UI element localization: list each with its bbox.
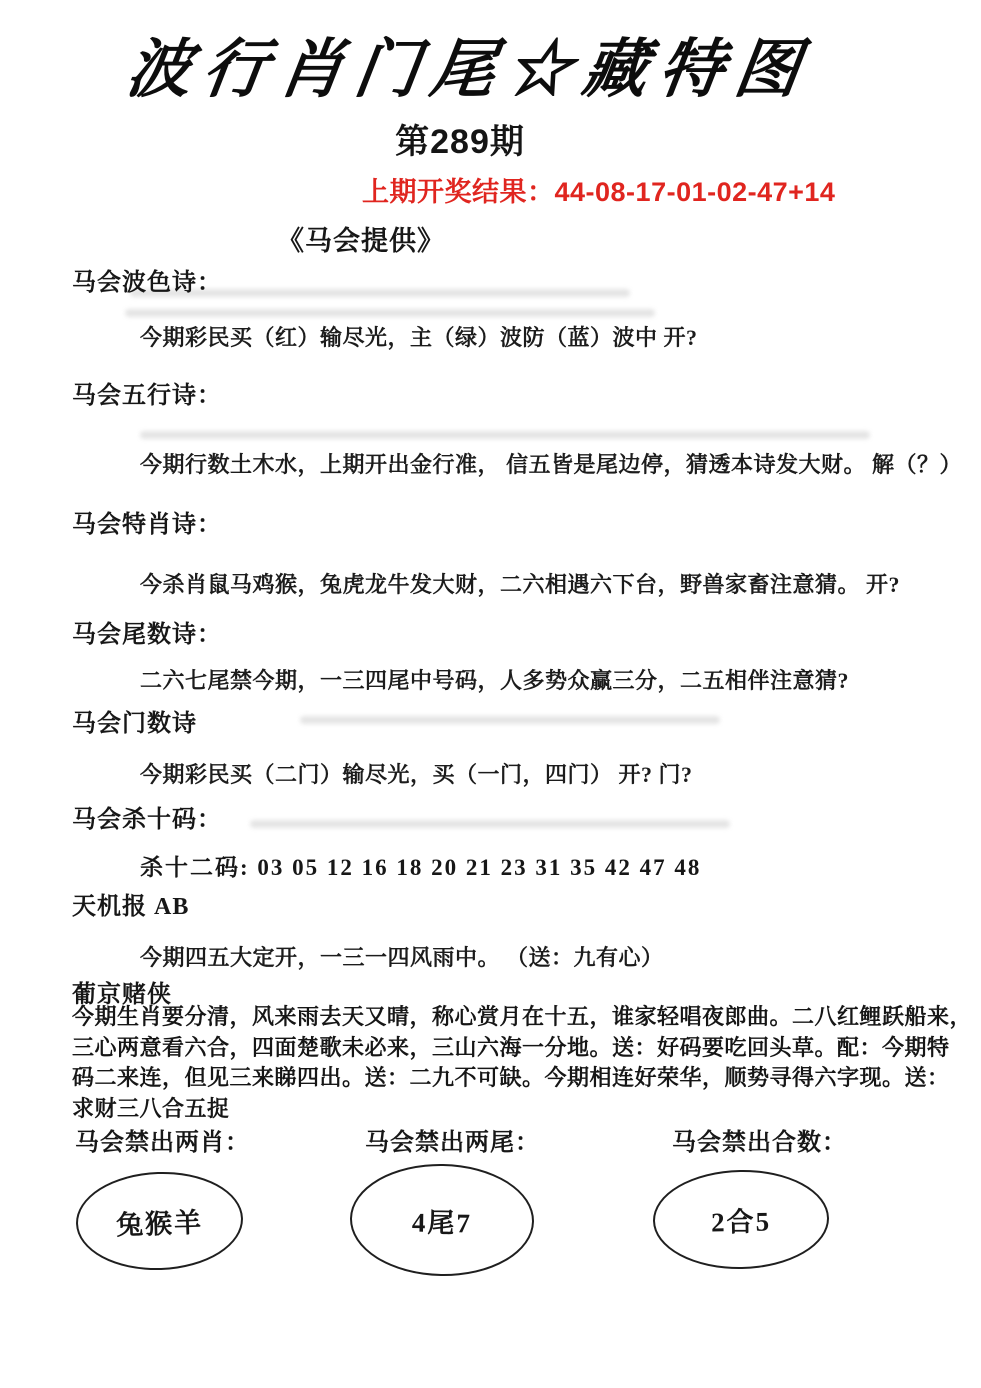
issue-number: 第289期 — [0, 114, 920, 163]
section-heading-bose: 马会波色诗： — [72, 262, 222, 297]
ban-value-zodiac: 兔猴羊 — [115, 1200, 203, 1242]
faded-text-artifact — [125, 309, 655, 317]
kill-numbers-line: 杀十二码: 03 05 12 16 18 20 21 23 31 35 42 4… — [140, 849, 701, 882]
pujing-line: 今期生肖要分清，风来雨去天又晴，称心赏月在十五，谁家轻唱夜郎曲。二八红鲤跃船来， — [72, 1002, 922, 1033]
last-draw-result-label: 上期开奖结果： — [362, 177, 555, 207]
pujing-line: 求财三八合五捉 — [72, 1094, 922, 1125]
poem-tianjibao: 今期四五大定开，一三一四风雨中。 （送：九有心） — [140, 941, 664, 972]
tip-sheet-page: 波行肖门尾☆藏特图 第289期 上期开奖结果：44-08-17-01-02-47… — [0, 0, 981, 1388]
pujing-paragraph: 今期生肖要分清，风来雨去天又晴，称心赏月在十五，谁家轻唱夜郎曲。二八红鲤跃船来，… — [72, 1002, 922, 1124]
provider-line: 《马会提供》 — [277, 219, 445, 258]
faded-text-artifact — [140, 431, 870, 439]
section-heading-tianjibao: 天机报 AB — [72, 886, 189, 921]
last-draw-result-numbers: 44-08-17-01-02-47+14 — [555, 177, 836, 207]
section-heading-menshu: 马会门数诗 — [72, 703, 197, 738]
poem-texiao: 今杀肖鼠马鸡猴，兔虎龙牛发大财，二六相遇六下台，野兽家畜注意猜。 开? — [140, 568, 900, 599]
poem-menshu: 今期彩民买（二门）输尽光，买（一门，四门） 开? 门? — [140, 758, 693, 789]
ban-value-sum: 2合5 — [711, 1199, 772, 1239]
faded-text-artifact — [300, 716, 720, 724]
ban-ellipse-tail: 4尾7 — [349, 1162, 535, 1277]
ban-label-tail: 马会禁出两尾： — [365, 1122, 540, 1157]
poem-wuxing: 今期行数土木水，上期开出金行准， 信五皆是尾边停，猜透本诗发大财。 解（？） — [140, 448, 962, 479]
poem-bose: 今期彩民买（红）输尽光，主（绿）波防（蓝）波中 开? — [140, 321, 698, 352]
pujing-line: 三心两意看六合，四面楚歌未必来，三山六海一分地。送：好码要吃回头草。配：今期特 — [72, 1033, 922, 1064]
ban-value-tail: 4尾7 — [412, 1200, 473, 1240]
ban-label-sum: 马会禁出合数： — [672, 1122, 847, 1157]
faded-text-artifact — [250, 820, 730, 828]
pujing-line: 码二来连，但见三来睇四出。送：二九不可缺。今期相连好荣华，顺势寻得六字现。送： — [72, 1063, 922, 1094]
page-title: 波行肖门尾☆藏特图 — [0, 18, 946, 110]
ban-ellipse-sum: 2合5 — [652, 1168, 830, 1270]
last-draw-result: 上期开奖结果：44-08-17-01-02-47+14 — [362, 170, 835, 209]
section-heading-texiao: 马会特肖诗： — [72, 504, 222, 539]
ban-label-zodiac: 马会禁出两肖： — [75, 1122, 250, 1157]
section-heading-shashima: 马会杀十码： — [72, 799, 222, 834]
poem-weishu: 二六七尾禁今期，一三四尾中号码，人多势众赢三分，二五相伴注意猜? — [140, 664, 849, 695]
ban-ellipse-zodiac: 兔猴羊 — [74, 1169, 244, 1273]
section-heading-wuxing: 马会五行诗： — [72, 375, 222, 410]
section-heading-weishu: 马会尾数诗： — [72, 614, 222, 649]
